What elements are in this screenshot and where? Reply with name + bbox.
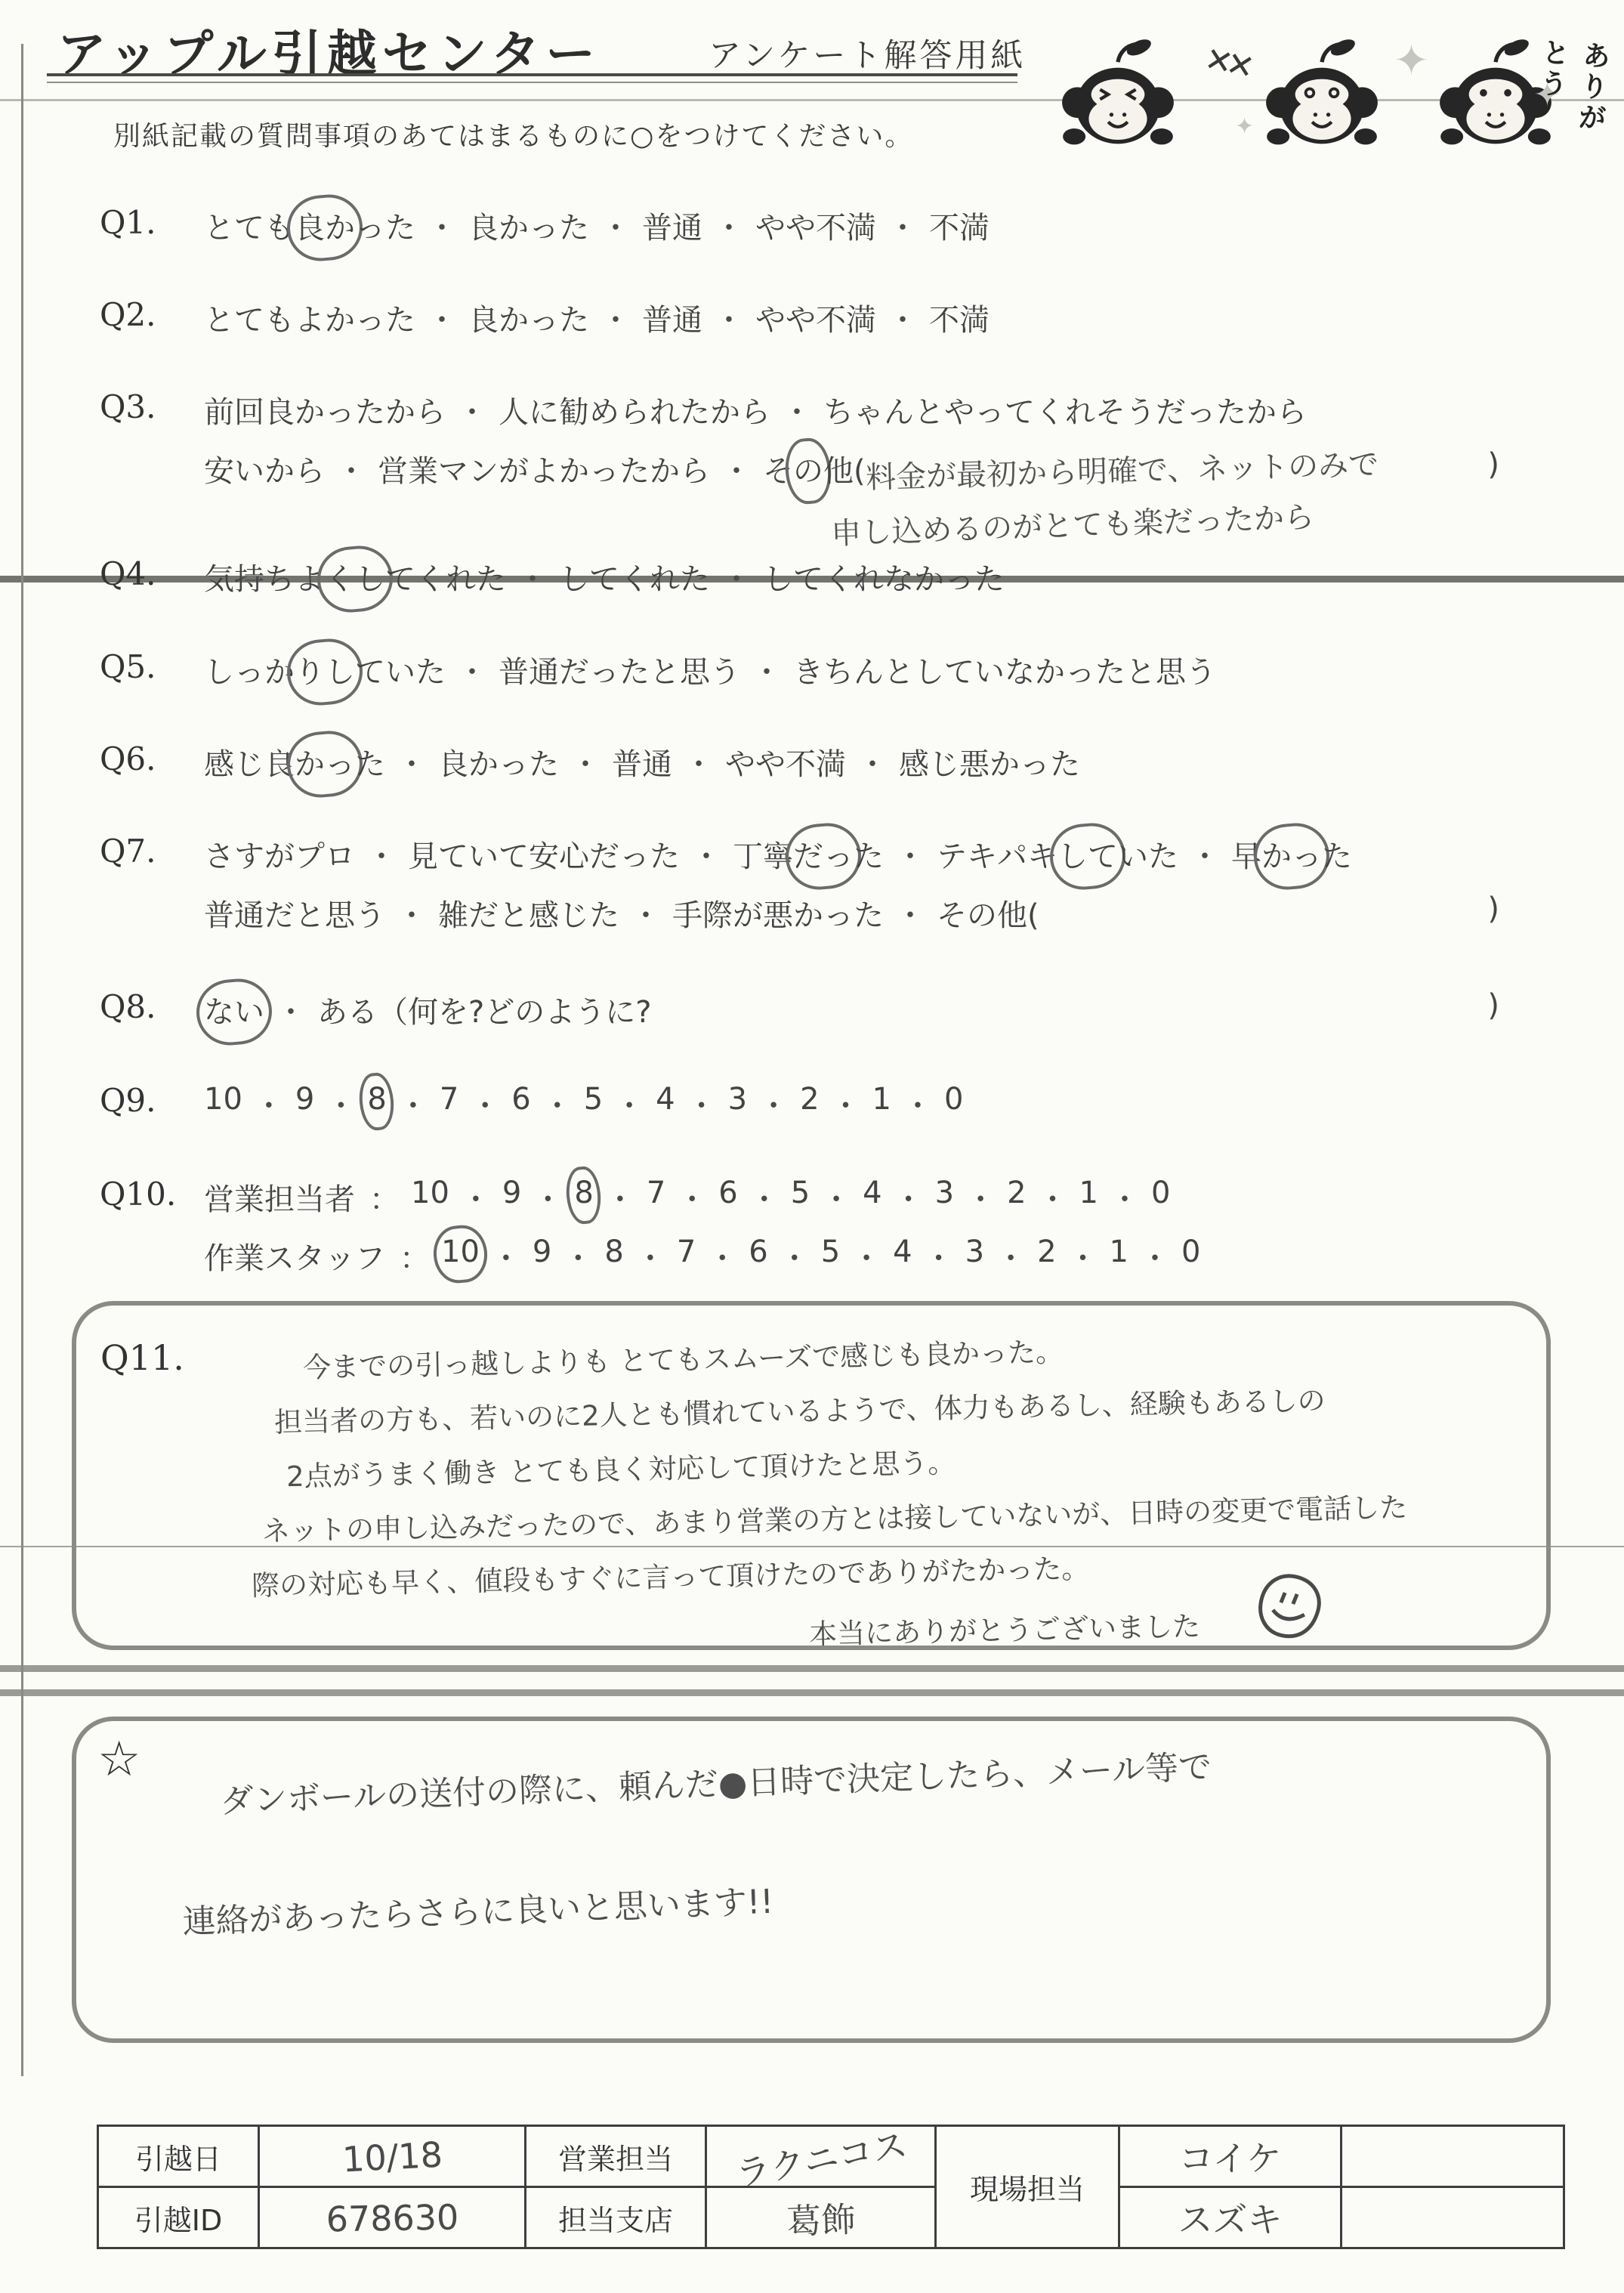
option-separator: ・ <box>631 892 661 935</box>
question-label: Q6. <box>60 740 204 777</box>
sparkle-icon: ✦ <box>1394 36 1429 85</box>
option-separator: ・ <box>903 1082 933 1125</box>
option-text: 4 <box>863 1176 881 1210</box>
option-text: 普通 <box>642 296 702 339</box>
option-text: 普通 <box>612 740 672 783</box>
circled-answer: ない <box>204 988 264 1031</box>
option-separator: ・ <box>677 1176 707 1219</box>
option-text: 8 <box>604 1235 623 1269</box>
option-separator: ・ <box>782 388 812 431</box>
handwritten-note: 料金が最初から明確で、ネットのみで <box>865 440 1379 497</box>
option-separator: ・ <box>714 204 744 247</box>
branch-value: 葛飾 <box>705 2183 937 2252</box>
option-separator: ・ <box>758 1082 789 1125</box>
option-text: 丁寧 <box>733 833 793 876</box>
option-separator: ・ <box>687 1082 717 1125</box>
option-text: 7 <box>647 1176 665 1210</box>
option-text: 5 <box>584 1082 603 1117</box>
circled-answer: して <box>1057 833 1118 876</box>
option-separator: ・ <box>461 1176 491 1219</box>
circled-answer: くし <box>325 555 385 598</box>
option-text: 他( <box>823 447 866 490</box>
circled-answer: 8 <box>367 1082 386 1117</box>
mascot-group: ✕✕ ✦ ✦ ✦ ありがとう <box>1054 30 1613 155</box>
circled-answer: 8 <box>574 1176 593 1210</box>
option-text: 9 <box>502 1176 521 1210</box>
option-separator: ・ <box>707 1235 737 1278</box>
option-separator: ・ <box>601 296 631 339</box>
option-text: 3 <box>965 1235 984 1269</box>
field-staff-value-1: コイケ <box>1119 2126 1341 2187</box>
monkey-icon <box>1061 38 1175 151</box>
option-text: 1 <box>872 1082 891 1117</box>
option-text: きちんとしていなかったと思う <box>793 648 1216 691</box>
option-text: 5 <box>821 1235 840 1269</box>
option-text: 3 <box>935 1176 954 1210</box>
option-text: やや不満 <box>725 740 846 783</box>
option-separator: ・ <box>397 892 427 935</box>
sales-label: 営業担当 <box>526 2126 706 2187</box>
option-text: 不満 <box>929 296 990 339</box>
option-separator: ・ <box>605 1176 635 1219</box>
move-id-value: 678630 <box>258 2184 526 2250</box>
empty-cell <box>1341 2187 1564 2248</box>
option-separator: ・ <box>752 648 782 691</box>
option-text: 雑だと感じた <box>438 892 619 935</box>
question-q6: Q6.感じ良かった・良かった・普通・やや不満・感じ悪かった <box>60 740 1541 799</box>
option-separator: ・ <box>895 833 925 876</box>
option-text: 作業スタッフ <box>204 1235 385 1278</box>
handwritten-comment-line: 本当にありがとうございました <box>808 1593 1524 1662</box>
option-text: 不満 <box>929 204 990 247</box>
option-text: 4 <box>893 1235 912 1269</box>
sparkle-icon: ✦ <box>1235 113 1254 140</box>
table-row: 引越ID 678630 担当支店 葛飾 スズキ <box>98 2187 1564 2248</box>
option-text: ていた <box>355 648 446 691</box>
option-separator: ・ <box>533 1176 563 1219</box>
circled-answer: 良か <box>295 204 355 247</box>
option-separator: ・ <box>749 1176 780 1219</box>
option-separator: ・ <box>831 1082 861 1125</box>
option-text: やや不満 <box>755 296 876 339</box>
field-staff-value-2: スズキ <box>1119 2187 1341 2248</box>
star-icon: ☆ <box>97 1732 140 1788</box>
question-label: Q9. <box>60 1082 204 1119</box>
question-q8: Q8.ない・ある（何を?どのように?) <box>60 988 1541 1047</box>
table-row: 引越日 10/18 営業担当 ラクニコス 現場担当 コイケ <box>98 2126 1564 2187</box>
option-text: 人に勧められたから <box>499 388 770 431</box>
comment-box: Q11. 今までの引っ越しよりも とてもスムーズで感じも良かった。担当者の方も、… <box>72 1301 1551 1650</box>
option-text: 1 <box>1079 1176 1098 1210</box>
option-text: ) <box>1487 447 1499 482</box>
option-text: 良かった <box>438 740 559 783</box>
option-text: 感じ良 <box>204 740 295 783</box>
option-separator: ・ <box>336 447 366 490</box>
scan-artifact-line <box>0 1665 1624 1672</box>
option-separator: ・ <box>894 1176 924 1219</box>
question-line: Q2.とてもよかった・良かった・普通・やや不満・不満 <box>60 296 1530 355</box>
option-text: 2 <box>800 1082 819 1117</box>
option-separator: ・ <box>684 740 714 783</box>
option-separator: ・ <box>398 1082 428 1125</box>
question-q9: Q9.10・9・8・7・6・5・4・3・2・1・0 <box>60 1082 1541 1141</box>
option-separator: ・ <box>427 296 457 339</box>
instruction-text: 別紙記載の質問事項のあてはまるものに○をつけてください。 <box>113 115 913 153</box>
option-text: 普通 <box>642 204 702 247</box>
option-separator: ・ <box>780 1235 810 1278</box>
option-text: 6 <box>718 1176 737 1210</box>
handwritten-suggestion-line: ダンボールの送付の際に、頼んだ●日時で決定したら、メール等で <box>219 1729 1524 1822</box>
option-separator: ・ <box>857 740 888 783</box>
option-text: 3 <box>728 1082 747 1117</box>
option-separator: ： <box>400 1235 430 1278</box>
option-text: ちゃんとやってくれそうだったから <box>823 388 1307 431</box>
circled-answer: かっ <box>1261 833 1322 876</box>
handwritten-suggestion-line: 連絡があったらさらに良いと思います!! <box>181 1848 1524 1943</box>
option-text: 10 <box>411 1176 449 1210</box>
option-separator: ・ <box>1110 1176 1140 1219</box>
question-q5: Q5.しっかりしていた・普通だったと思う・きちんとしていなかったと思う <box>60 648 1541 707</box>
option-separator: ・ <box>1038 1176 1068 1219</box>
option-text: た <box>355 740 385 783</box>
option-text: 6 <box>511 1082 530 1117</box>
option-text: 気持ちよ <box>204 555 325 598</box>
question-line: Q9.10・9・8・7・6・5・4・3・2・1・0 <box>60 1082 1530 1141</box>
monkey-icon <box>1265 38 1379 151</box>
question-label: Q8. <box>60 988 204 1025</box>
suggestion-box: ☆ ダンボールの送付の際に、頼んだ●日時で決定したら、メール等で連絡があったらさ… <box>72 1717 1551 2043</box>
question-label: Q4. <box>60 555 204 592</box>
option-text: とてもよかった <box>204 296 415 339</box>
thanks-text: ありがとう <box>1526 36 1615 157</box>
option-separator: ・ <box>326 1082 356 1125</box>
option-separator: ・ <box>635 1235 665 1278</box>
option-text: そ <box>763 447 793 490</box>
option-text: 普通だと思う <box>204 892 385 935</box>
option-text: してくれなかった <box>763 555 1005 598</box>
option-separator: ・ <box>491 1235 521 1278</box>
option-separator: ・ <box>996 1235 1026 1278</box>
question-line: Q6.感じ良かった・良かった・普通・やや不満・感じ悪かった <box>60 740 1530 799</box>
option-text: 0 <box>944 1082 963 1117</box>
option-separator: ・ <box>457 648 487 691</box>
option-text: 0 <box>1151 1176 1170 1210</box>
option-text: 営業担当者 <box>204 1176 355 1219</box>
option-text: ある（何を?どのように? <box>317 988 651 1031</box>
option-text: ) <box>1487 988 1499 1023</box>
question-line: Q1.とても良かった・良かった・普通・やや不満・不満 <box>60 204 1530 263</box>
option-text: テキパキ <box>937 833 1057 876</box>
option-text: 早 <box>1231 833 1261 876</box>
option-text: 感じ悪かった <box>899 740 1080 783</box>
option-text: 安いから <box>204 447 325 490</box>
option-text: 前回良かったから <box>204 388 446 431</box>
option-separator: ・ <box>570 740 601 783</box>
circled-answer: 10 <box>441 1235 480 1269</box>
option-separator: ： <box>369 1176 400 1219</box>
question-label: Q5. <box>60 648 204 685</box>
option-separator: ・ <box>601 204 631 247</box>
option-text: 営業マンがよかったから <box>378 447 710 490</box>
question-line: Q3.前回良かったから・人に勧められたから・ちゃんとやってくれそうだったから <box>60 388 1530 447</box>
move-date-value: 10/18 <box>258 2118 527 2193</box>
option-text: 9 <box>295 1082 314 1117</box>
option-separator: ・ <box>276 988 306 1031</box>
scan-artifact-line <box>0 1689 1624 1696</box>
option-separator: ・ <box>457 388 487 431</box>
option-text: してくれた <box>559 555 710 598</box>
option-separator: ・ <box>542 1082 573 1125</box>
option-separator: ・ <box>366 833 397 876</box>
question-q1: Q1.とても良かった・良かった・普通・やや不満・不満 <box>60 204 1541 263</box>
option-separator: ・ <box>1190 833 1220 876</box>
question-line: Q10.営業担当者：10・9・8・7・6・5・4・3・2・1・0 <box>60 1176 1530 1235</box>
question-line: Q7.さすがプロ・見ていて安心だった・丁寧だった・テキパキしていた・早かった <box>60 833 1530 892</box>
option-text: った <box>355 204 415 247</box>
option-text: 普通だったと思う <box>499 648 740 691</box>
option-text: 手際が悪かった <box>672 892 884 935</box>
option-text: ) <box>1487 892 1499 926</box>
circled-answer: の <box>793 447 823 490</box>
survey-sheet: アップル引越センター アンケート解答用紙 別紙記載の質問事項のあてはまるものに○… <box>0 0 1624 2293</box>
question-q4: Q4.気持ちよくしてくれた・してくれた・してくれなかった <box>60 555 1541 614</box>
option-text: その他( <box>937 892 1039 935</box>
question-line: Q4.気持ちよくしてくれた・してくれた・してくれなかった <box>60 555 1530 614</box>
option-text: 9 <box>533 1235 551 1269</box>
option-text: しっか <box>204 648 295 691</box>
option-text: 1 <box>1110 1235 1128 1269</box>
footer-table: 引越日 10/18 営業担当 ラクニコス 現場担当 コイケ 引越ID 67863… <box>97 2125 1565 2249</box>
question-label: Q1. <box>60 204 204 241</box>
option-text: とても <box>204 204 295 247</box>
option-text: 2 <box>1037 1235 1056 1269</box>
question-label: Q7. <box>60 833 204 870</box>
option-separator: ・ <box>614 1082 644 1125</box>
option-separator: ・ <box>895 892 925 935</box>
divider <box>47 82 1017 83</box>
option-separator: ・ <box>517 555 548 598</box>
scan-artifact-line <box>21 44 23 2076</box>
sheet-subtitle: アンケート解答用紙 <box>709 30 1026 76</box>
circled-answer: だっ <box>793 833 854 876</box>
option-separator: ・ <box>721 447 752 490</box>
empty-cell <box>1341 2126 1564 2187</box>
question-q10: Q10.営業担当者：10・9・8・7・6・5・4・3・2・1・0作業スタッフ：1… <box>60 1176 1541 1293</box>
option-text: 良かった <box>468 204 589 247</box>
circled-answer: りし <box>295 648 355 691</box>
option-separator: ・ <box>1140 1235 1170 1278</box>
question-line: Q5.しっかりしていた・普通だったと思う・きちんとしていなかったと思う <box>60 648 1530 707</box>
option-text: た <box>854 833 884 876</box>
option-separator: ・ <box>563 1235 593 1278</box>
option-text: てくれた <box>385 555 506 598</box>
option-text: 4 <box>656 1082 675 1117</box>
option-separator: ・ <box>721 555 752 598</box>
question-label: Q10. <box>60 1176 204 1213</box>
option-separator: ・ <box>888 204 918 247</box>
option-text: 良かった <box>468 296 589 339</box>
suggestion-lines: ダンボールの送付の際に、頼んだ●日時で決定したら、メール等で連絡があったらさらに… <box>167 1751 1524 1920</box>
option-separator: ・ <box>254 1082 284 1125</box>
question-q7: Q7.さすがプロ・見ていて安心だった・丁寧だった・テキパキしていた・早かった普通… <box>60 833 1541 950</box>
field-staff-label: 現場担当 <box>936 2126 1119 2248</box>
option-text: 7 <box>677 1235 696 1269</box>
circled-answer: かっ <box>295 740 355 783</box>
option-text: 7 <box>440 1082 458 1117</box>
question-label: Q2. <box>60 296 204 333</box>
move-id-label: 引越ID <box>98 2187 259 2248</box>
option-text: やや不満 <box>755 204 876 247</box>
option-text: 見ていて安心だった <box>408 833 680 876</box>
option-separator: ・ <box>965 1176 996 1219</box>
option-separator: ・ <box>924 1235 954 1278</box>
option-separator: ・ <box>1068 1235 1098 1278</box>
move-date-label: 引越日 <box>98 2126 259 2187</box>
option-text: いた <box>1118 833 1178 876</box>
option-text: さすがプロ <box>204 833 355 876</box>
option-separator: ・ <box>470 1082 500 1125</box>
question-label: Q3. <box>60 388 204 425</box>
option-text: 10 <box>204 1082 242 1117</box>
branch-label: 担当支店 <box>526 2187 706 2248</box>
option-text: 6 <box>749 1235 767 1269</box>
scribble-mark: ✕✕ <box>1201 40 1252 87</box>
option-text: 0 <box>1181 1235 1200 1269</box>
option-separator: ・ <box>397 740 427 783</box>
option-separator: ・ <box>851 1235 881 1278</box>
option-text: た <box>1322 833 1352 876</box>
question-line: 作業スタッフ：10・9・8・7・6・5・4・3・2・1・0 <box>60 1235 1530 1293</box>
question-q3: Q3.前回良かったから・人に勧められたから・ちゃんとやってくれそうだったから安い… <box>60 388 1541 565</box>
question-label-q11: Q11. <box>100 1337 184 1378</box>
option-separator: ・ <box>888 296 918 339</box>
question-q2: Q2.とてもよかった・良かった・普通・やや不満・不満 <box>60 296 1541 355</box>
option-separator: ・ <box>691 833 721 876</box>
question-line: 普通だと思う・雑だと感じた・手際が悪かった・その他() <box>60 892 1530 950</box>
option-separator: ・ <box>821 1176 851 1219</box>
option-text: 2 <box>1007 1176 1026 1210</box>
option-separator: ・ <box>427 204 457 247</box>
option-separator: ・ <box>714 296 744 339</box>
question-line: Q8.ない・ある（何を?どのように?) <box>60 988 1530 1047</box>
option-text: 5 <box>791 1176 810 1210</box>
